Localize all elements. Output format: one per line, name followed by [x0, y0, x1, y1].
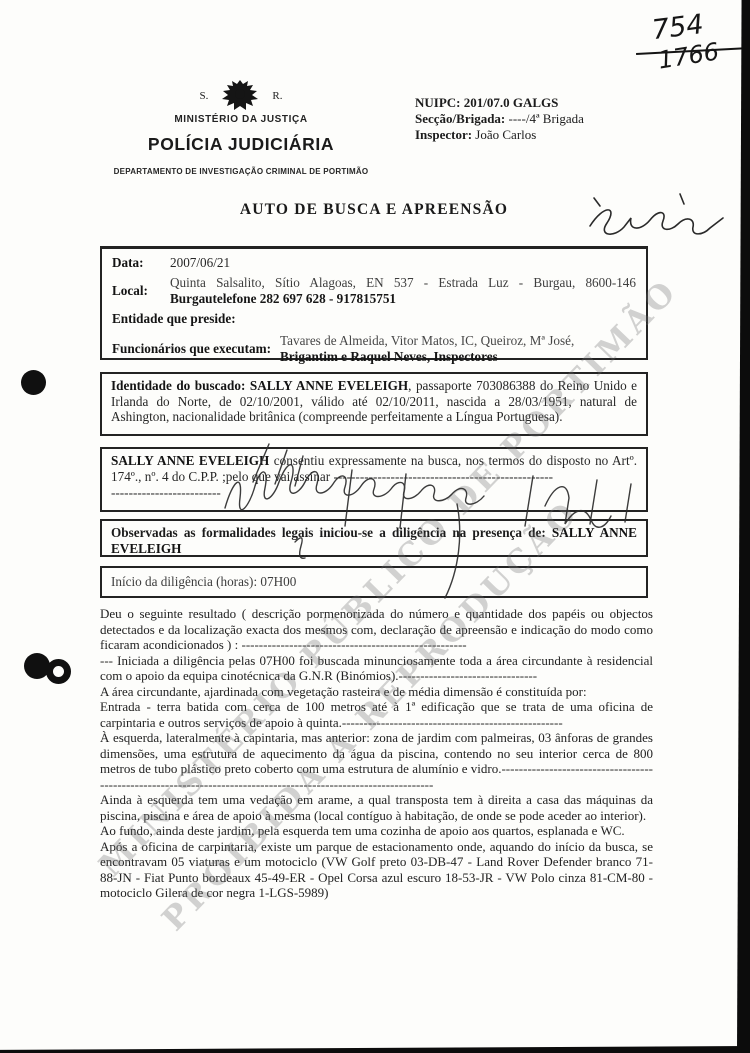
section-value: ----/4ª Brigada [509, 111, 584, 126]
hole-punch-dot [21, 370, 46, 395]
body-paragraph: Entrada - terra batida com cerca de 100 … [100, 699, 653, 730]
body-paragraph: A área circundante, ajardinada com veget… [100, 684, 653, 700]
scan-edge-right [737, 0, 750, 1053]
officers-label: Funcionários que executam: [112, 341, 280, 357]
location-value: Quinta Salsalito, Sítio Alagoas, EN 537 … [170, 275, 636, 307]
organization-name: POLÍCIA JUDICIÁRIA [96, 134, 386, 155]
header-left-block: S. R. MINISTÉRIO DA JUSTIÇA POLÍCIA JUDI… [96, 80, 386, 176]
scanned-document-page: MINISTÉRIO PÚBLICO DE PORTIMÃO PROIBIDA … [0, 0, 750, 1053]
coat-of-arms-icon [221, 80, 259, 112]
nuipc-label: NUIPC: [415, 95, 461, 110]
section-line: Secção/Brigada: ----/4ª Brigada [415, 111, 584, 127]
search-result-body: Deu o seguinte resultado ( descrição por… [100, 606, 653, 901]
officers-line1: Tavares de Almeida, Vitor Matos, IC, Que… [280, 333, 636, 349]
identity-label: Identidade do buscado: [111, 378, 245, 393]
officers-row: Funcionários que executam: Tavares de Al… [102, 331, 646, 367]
location-label: Local: [112, 283, 170, 299]
location-row: Local: Quinta Salsalito, Sítio Alagoas, … [102, 273, 646, 309]
presiding-row: Entidade que preside: [102, 309, 646, 329]
date-value: 2007/06/21 [170, 255, 636, 271]
inspector-line: Inspector: João Carlos [415, 127, 584, 143]
body-paragraph: --- Iniciada a diligência pelas 07H00 fo… [100, 653, 653, 684]
inspector-value: João Carlos [475, 127, 536, 142]
location-line2: Burgautelefone 282 697 628 - 917815751 [170, 291, 636, 307]
location-line1: Quinta Salsalito, Sítio Alagoas, EN 537 … [170, 275, 636, 291]
department-name: DEPARTAMENTO DE INVESTIGAÇÃO CRIMINAL DE… [96, 167, 386, 176]
nuipc-value: 201/07.0 GALGS [464, 95, 559, 110]
case-reference-block: NUIPC: 201/07.0 GALGS Secção/Brigada: --… [415, 95, 584, 143]
case-info-box: Data: 2007/06/21 Local: Quinta Salsalito… [100, 246, 648, 360]
ministry-name: MINISTÉRIO DA JUSTIÇA [96, 114, 386, 125]
nuipc-line: NUIPC: 201/07.0 GALGS [415, 95, 584, 111]
body-paragraph: Após a oficina de carpintaria, existe um… [100, 839, 653, 901]
crest-row: S. R. [96, 80, 386, 112]
officers-line2: Brigantim e Raquel Neves, Inspectores [280, 349, 636, 365]
date-label: Data: [112, 255, 170, 271]
officers-value: Tavares de Almeida, Vitor Matos, IC, Que… [280, 333, 636, 365]
hole-punch-ring [46, 659, 71, 684]
document-title: AUTO DE BUSCA E APREENSÃO [100, 201, 648, 219]
searched-person-identity-box: Identidade do buscado: SALLY ANNE EVELEI… [100, 372, 648, 436]
date-row: Data: 2007/06/21 [102, 253, 646, 273]
crest-letter-s: S. [200, 90, 209, 102]
body-paragraph: Ao fundo, ainda deste jardim, pela esque… [100, 823, 653, 839]
identity-name: SALLY ANNE EVELEIGH [250, 378, 408, 393]
body-paragraph: Ainda à esquerda tem uma vedação em aram… [100, 792, 653, 823]
body-paragraph: À esquerda, lateralmente à capintaria, m… [100, 730, 653, 792]
title-scribble-signature [582, 186, 747, 248]
section-label: Secção/Brigada: [415, 111, 505, 126]
presiding-label: Entidade que preside: [112, 311, 236, 327]
crest-letter-r: R. [272, 90, 282, 102]
inspector-label: Inspector: [415, 127, 472, 142]
scan-edge-bottom [0, 1046, 750, 1053]
consent-signature-scribble [195, 440, 655, 615]
